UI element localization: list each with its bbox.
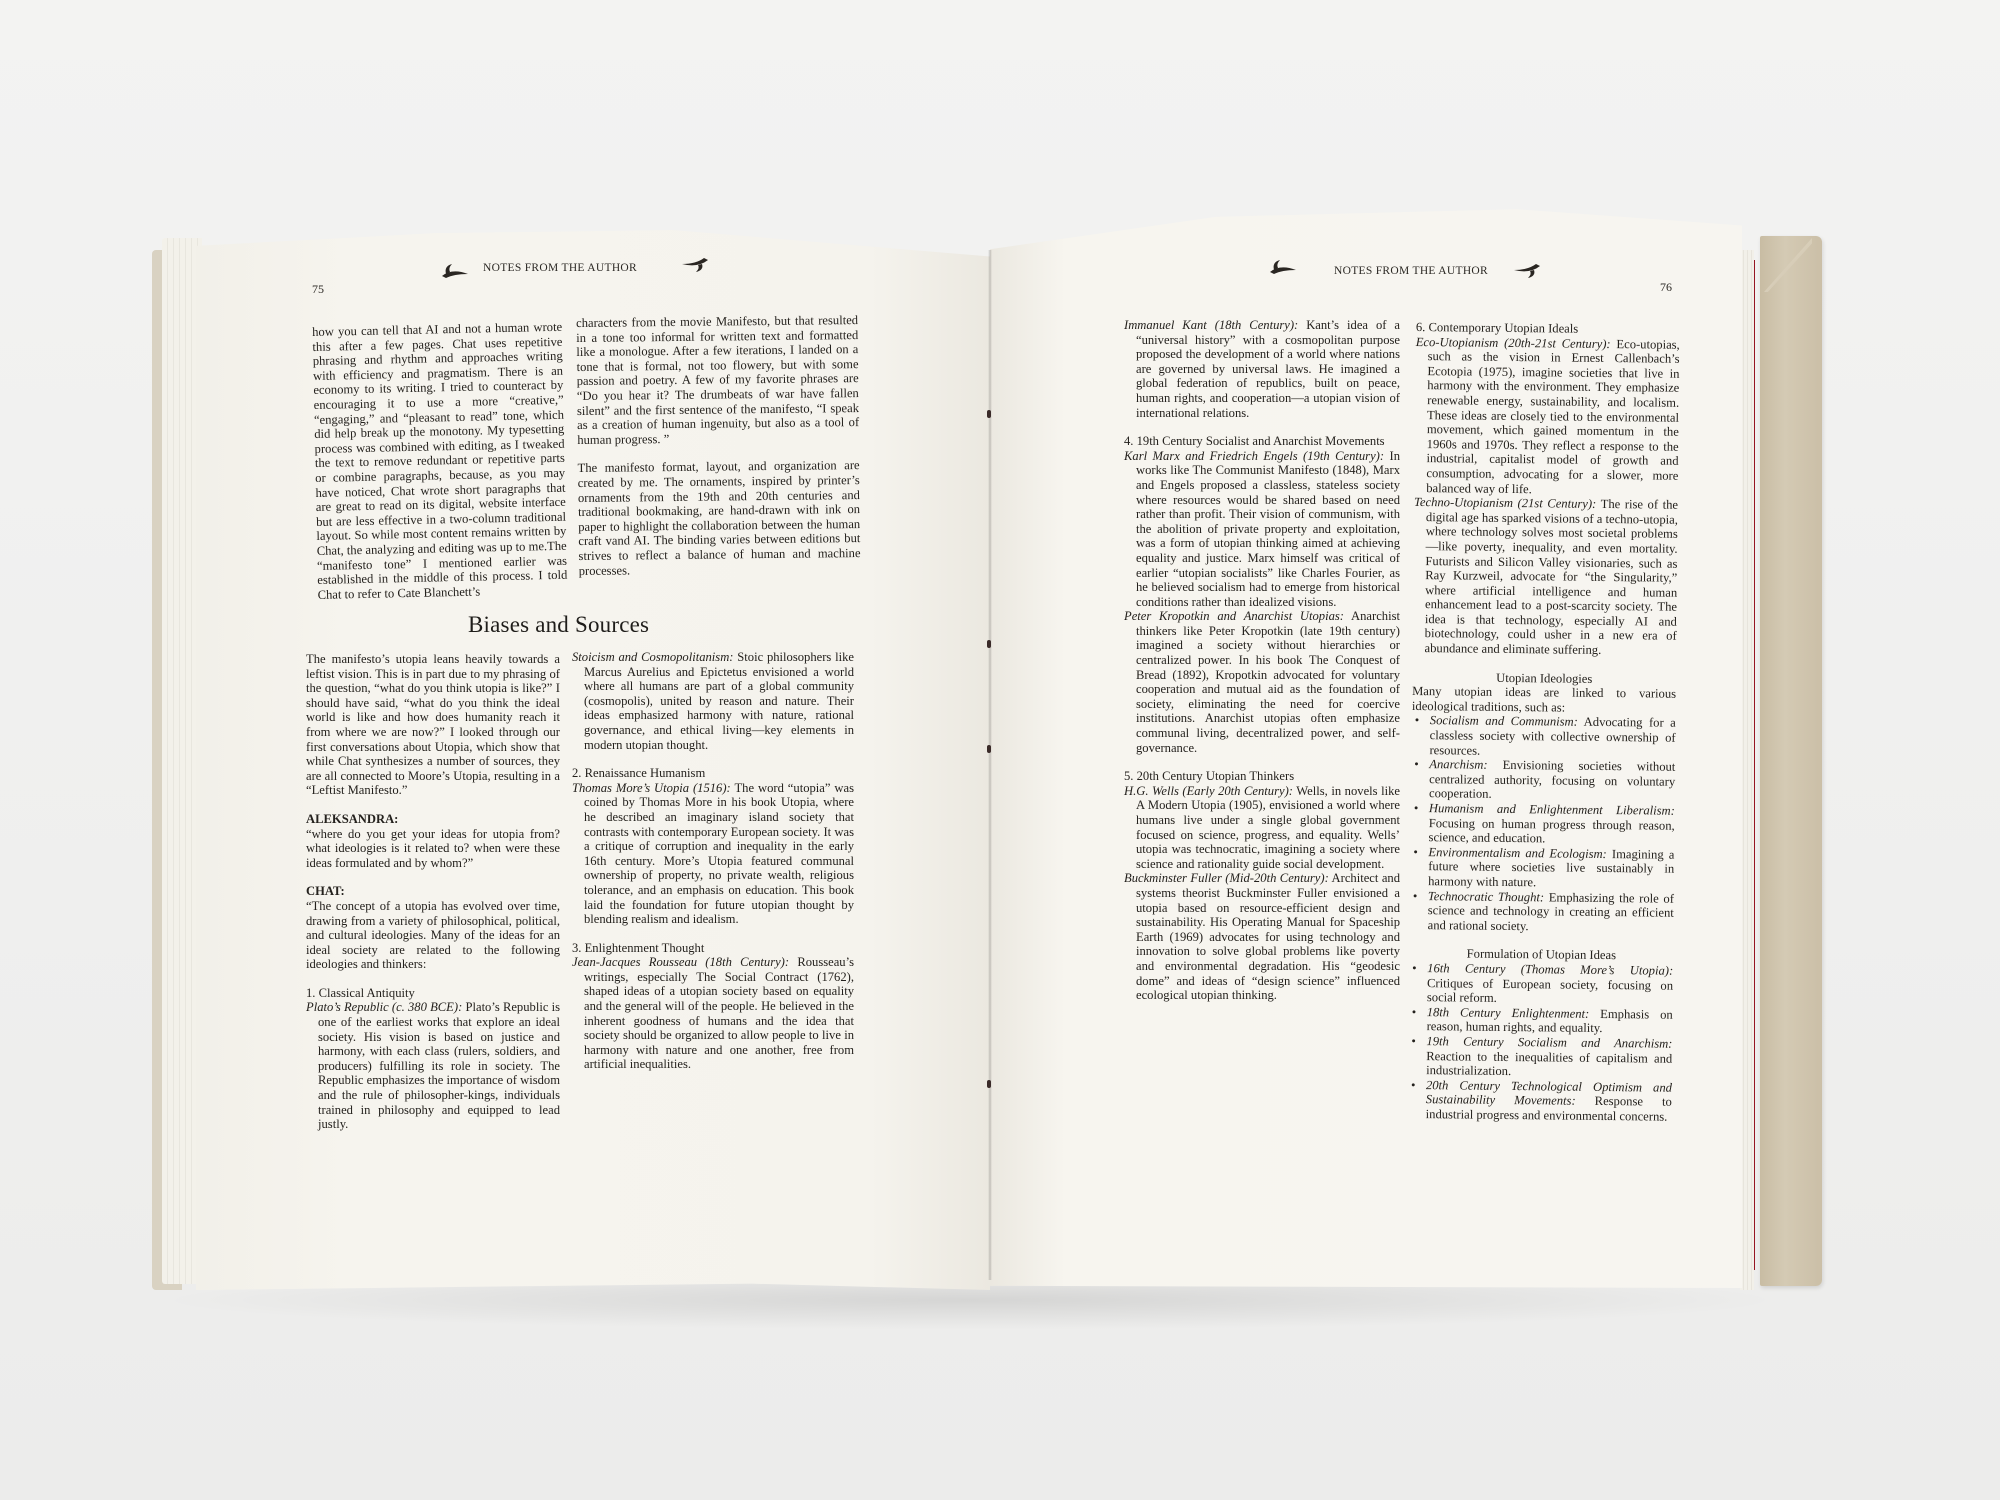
left-col1-body: The manifesto’s utopia leans heavily tow… bbox=[306, 652, 560, 1132]
entry: Stoicism and Cosmopolitanism: Stoic phil… bbox=[572, 650, 854, 752]
entry-text: Critiques of European society, focusing … bbox=[1427, 976, 1673, 1005]
list-item: 20th Century Technological Optimism and … bbox=[1426, 1078, 1672, 1124]
entry: Peter Kropotkin and Anarchist Utopias: A… bbox=[1124, 609, 1400, 755]
entry-term: Immanuel Kant (18th Century): bbox=[1124, 318, 1298, 332]
entry-term: Karl Marx and Friedrich Engels (19th Cen… bbox=[1124, 449, 1384, 463]
entry: Karl Marx and Friedrich Engels (19th Cen… bbox=[1124, 449, 1400, 610]
entry-text: In works like The Communist Manifesto (1… bbox=[1136, 449, 1400, 609]
leaf-ornament-icon bbox=[1268, 258, 1298, 276]
ideologies-list: Socialism and Communism: Advocating for … bbox=[1410, 713, 1676, 935]
binding-stitch bbox=[987, 1080, 991, 1088]
entry-term: H.G. Wells (Early 20th Century): bbox=[1124, 784, 1293, 798]
paragraph: The manifesto’s utopia leans heavily tow… bbox=[306, 652, 560, 798]
paragraph: The manifesto format, layout, and organi… bbox=[578, 458, 861, 578]
binding-stitch bbox=[987, 410, 991, 418]
leaf-ornament-icon bbox=[1512, 262, 1542, 280]
subheading: 2. Renaissance Humanism bbox=[572, 766, 854, 781]
left-col1-intro: how you can tell that AI and not a human… bbox=[312, 320, 568, 602]
paragraph: how you can tell that AI and not a human… bbox=[312, 320, 568, 602]
entry: Buckminster Fuller (Mid-20th Century): A… bbox=[1124, 871, 1400, 1002]
entry: Eco-Utopianism (20th-21st Century): Eco-… bbox=[1414, 335, 1680, 498]
entry-text: Architect and systems theorist Buckminst… bbox=[1136, 871, 1400, 1002]
list-item: Socialism and Communism: Advocating for … bbox=[1429, 714, 1675, 760]
entry-text: The rise of the digital age has sparked … bbox=[1424, 497, 1678, 657]
left-col2-body: Stoicism and Cosmopolitanism: Stoic phil… bbox=[572, 650, 854, 1072]
entry-term: Techno-Utopianism (21st Century): bbox=[1414, 495, 1596, 511]
entry: H.G. Wells (Early 20th Century): Wells, … bbox=[1124, 784, 1400, 872]
list-item: 19th Century Socialism and Anarchism: Re… bbox=[1426, 1034, 1672, 1080]
subheading: 3. Enlightenment Thought bbox=[572, 941, 854, 956]
entry-text: Focusing on human progress through reaso… bbox=[1429, 816, 1675, 846]
entry-term: Plato’s Republic (c. 380 BCE): bbox=[306, 1000, 462, 1014]
entry-term: Peter Kropotkin and Anarchist Utopias: bbox=[1124, 609, 1344, 623]
running-head-right: NOTES FROM THE AUTHOR bbox=[1334, 265, 1488, 277]
running-head-left: NOTES FROM THE AUTHOR bbox=[483, 262, 637, 274]
list-item: 18th Century Enlightenment: Emphasis on … bbox=[1427, 1005, 1673, 1037]
entry-term: Environmentalism and Ecologism: bbox=[1428, 845, 1607, 861]
entry: Plato’s Republic (c. 380 BCE): Plato’s R… bbox=[306, 1000, 560, 1131]
speaker-label: ALEKSANDRA: bbox=[306, 812, 560, 827]
right-col2: 6. Contemporary Utopian Ideals Eco-Utopi… bbox=[1408, 320, 1680, 1124]
page-number-left: 75 bbox=[312, 282, 324, 297]
subheading: 1. Classical Antiquity bbox=[306, 986, 560, 1001]
subheading: 5. 20th Century Utopian Thinkers bbox=[1124, 769, 1400, 784]
list-item: Anarchism: Envisioning societies without… bbox=[1429, 757, 1675, 803]
list-item: Environmentalism and Ecologism: Imaginin… bbox=[1428, 845, 1674, 891]
binding-stitch bbox=[987, 640, 991, 648]
left-col2-intro: characters from the movie Manifesto, but… bbox=[576, 313, 861, 578]
paragraph: Many utopian ideas are linked to various… bbox=[1412, 684, 1676, 716]
book-cover-right bbox=[1760, 236, 1822, 1286]
entry-text: Plato’s Republic is one of the earliest … bbox=[318, 1000, 560, 1131]
formulation-list: 16th Century (Thomas More’s Utopia): Cri… bbox=[1408, 961, 1674, 1124]
entry-text: The word “utopia” was coined by Thomas M… bbox=[584, 781, 854, 926]
entry: Immanuel Kant (18th Century): Kant’s ide… bbox=[1124, 318, 1400, 420]
entry-term: Stoicism and Cosmopolitanism: bbox=[572, 650, 734, 664]
entry-term: Thomas More’s Utopia (1516): bbox=[572, 781, 731, 795]
entry-text: Stoic philosophers like Marcus Aurelius … bbox=[584, 650, 854, 752]
entry-text: Rousseau’s writings, especially The Soci… bbox=[584, 955, 854, 1071]
cover-corner-fold bbox=[1764, 238, 1812, 292]
page-stack-right bbox=[1740, 250, 1754, 1290]
entry-term: Jean-Jacques Rousseau (18th Century): bbox=[572, 955, 789, 969]
entry-term: Socialism and Communism: bbox=[1430, 714, 1578, 730]
section-title: Biases and Sources bbox=[468, 612, 649, 638]
answer-text: “The concept of a utopia has evolved ove… bbox=[306, 899, 560, 972]
question-text: “where do you get your ideas for utopia … bbox=[306, 827, 560, 871]
leaf-ornament-icon bbox=[440, 262, 470, 280]
entry-text: Reaction to the inequalities of capitali… bbox=[1426, 1049, 1672, 1078]
entry-text: Anarchist thinkers like Peter Kropotkin … bbox=[1136, 609, 1400, 754]
entry-term: Anarchism: bbox=[1429, 757, 1487, 772]
entry: Techno-Utopianism (21st Century): The ri… bbox=[1412, 495, 1678, 658]
entry: Jean-Jacques Rousseau (18th Century): Ro… bbox=[572, 955, 854, 1072]
binding-stitch bbox=[987, 745, 991, 753]
entry-term: Buckminster Fuller (Mid-20th Century): bbox=[1124, 871, 1329, 885]
page-number-right: 76 bbox=[1660, 280, 1672, 295]
entry-text: Eco-utopias, such as the vision in Ernes… bbox=[1426, 337, 1680, 496]
entry: Thomas More’s Utopia (1516): The word “u… bbox=[572, 781, 854, 927]
speaker-label: CHAT: bbox=[306, 884, 560, 899]
list-item: Technocratic Thought: Emphasizing the ro… bbox=[1428, 889, 1674, 935]
right-col1: Immanuel Kant (18th Century): Kant’s ide… bbox=[1124, 318, 1400, 1003]
entry-text: Kant’s idea of a “universal history” wit… bbox=[1136, 318, 1400, 420]
leaf-ornament-icon bbox=[680, 256, 710, 274]
entry-term: 18th Century Enlightenment: bbox=[1427, 1005, 1590, 1021]
entry-term: Eco-Utopianism (20th-21st Century): bbox=[1416, 335, 1611, 351]
subheading: 4. 19th Century Socialist and Anarchist … bbox=[1124, 434, 1400, 449]
entry-term: Technocratic Thought: bbox=[1428, 889, 1544, 904]
list-item: Humanism and Enlightenment Liberalism: F… bbox=[1429, 801, 1675, 847]
book-gutter bbox=[988, 250, 992, 1280]
paragraph: characters from the movie Manifesto, but… bbox=[576, 313, 859, 447]
list-item: 16th Century (Thomas More’s Utopia): Cri… bbox=[1427, 961, 1673, 1007]
